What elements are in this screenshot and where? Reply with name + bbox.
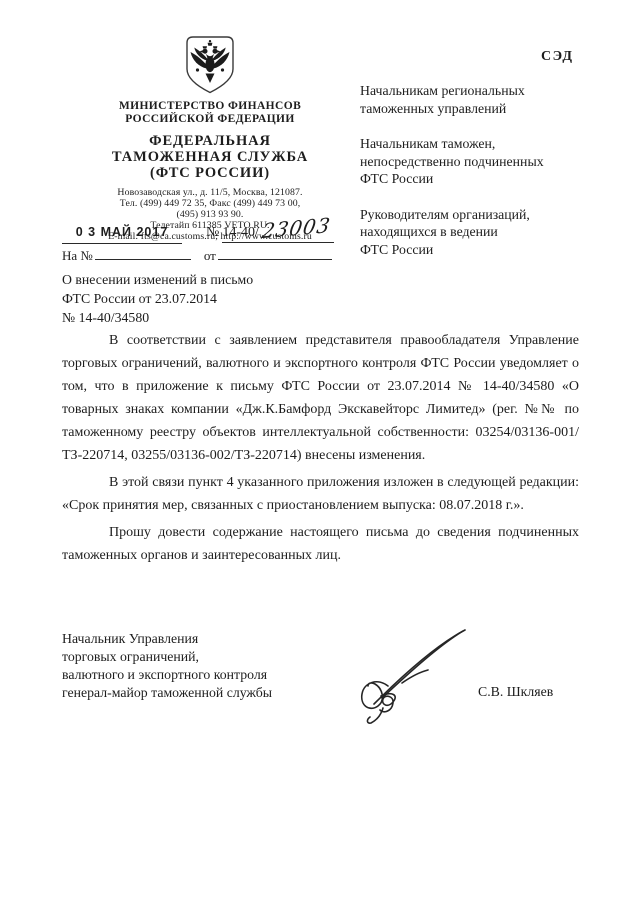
date-number-row: 0 3 МАЙ 2017№14-40/23003 <box>62 222 362 244</box>
addressee-list: Начальникам региональных таможенных упра… <box>360 82 600 276</box>
signer-position-line: торговых ограничений, <box>62 648 362 666</box>
addressee-line: ФТС России <box>360 241 600 259</box>
addressee-line: Начальникам региональных <box>360 82 600 100</box>
ministry-name: МИНИСТЕРСТВО ФИНАНСОВ РОССИЙСКОЙ ФЕДЕРАЦ… <box>62 100 358 126</box>
handwritten-signature <box>348 620 470 725</box>
addressee-block: Начальникам таможен, непосредственно под… <box>360 135 600 188</box>
handwritten-number: 23003 <box>261 218 332 238</box>
incoming-date-blank <box>218 248 332 260</box>
addressee-block: Начальникам региональных таможенных упра… <box>360 82 600 117</box>
subject-line: № 14-40/34580 <box>62 308 312 327</box>
scanned-letter-page: СЭД <box>0 0 640 905</box>
ministry-line: МИНИСТЕРСТВО ФИНАНСОВ <box>62 100 358 113</box>
agency-line: (ФТС РОССИИ) <box>62 165 358 181</box>
letter-body: В соответствии с заявлением представител… <box>62 329 579 571</box>
signer-position-line: генерал-майор таможенной службы <box>62 684 362 702</box>
subject-line: О внесении изменений в письмо <box>62 270 312 289</box>
addressee-line: непосредственно подчиненных <box>360 153 600 171</box>
russia-coat-of-arms-icon <box>186 36 234 94</box>
contact-line: Тел. (499) 449 72 35, Факс (499) 449 73 … <box>62 198 358 209</box>
incoming-reference-row: На №от <box>62 248 332 264</box>
subject-line: ФТС России от 23.07.2014 <box>62 289 312 308</box>
sed-label: СЭД <box>541 49 574 65</box>
agency-line: ФЕДЕРАЛЬНАЯ <box>62 133 358 149</box>
addressee-line: Руководителям организаций, <box>360 206 600 224</box>
addressee-line: таможенных управлений <box>360 100 600 118</box>
addressee-block: Руководителям организаций, находящихся в… <box>360 206 600 259</box>
incoming-label: На № <box>62 248 93 263</box>
agency-name: ФЕДЕРАЛЬНАЯ ТАМОЖЕННАЯ СЛУЖБА (ФТС РОССИ… <box>62 133 358 181</box>
outgoing-number: №14-40/23003 <box>206 225 334 240</box>
addressee-line: находящихся в ведении <box>360 223 600 241</box>
paragraph: В соответствии с заявлением представител… <box>62 329 579 467</box>
signer-position-line: валютного и экспортного контроля <box>62 666 362 684</box>
addressee-line: Начальникам таможен, <box>360 135 600 153</box>
number-prefix: 14-40/ <box>222 225 259 240</box>
paragraph: В этой связи пункт 4 указанного приложен… <box>62 471 579 517</box>
ministry-line: РОССИЙСКОЙ ФЕДЕРАЦИИ <box>62 113 358 126</box>
incoming-number-blank <box>95 248 191 260</box>
signer-position-line: Начальник Управления <box>62 630 362 648</box>
number-sign: № <box>206 225 219 240</box>
signer-name: С.В. Шкляев <box>478 684 553 700</box>
subject-block: О внесении изменений в письмо ФТС России… <box>62 270 312 327</box>
paragraph: Прошу довести содержание настоящего пись… <box>62 521 579 567</box>
addressee-line: ФТС России <box>360 170 600 188</box>
date-stamp: 0 3 МАЙ 2017 <box>62 225 182 244</box>
letterhead: МИНИСТЕРСТВО ФИНАНСОВ РОССИЙСКОЙ ФЕДЕРАЦ… <box>62 36 358 242</box>
contact-line: Новозаводская ул., д. 11/5, Москва, 1210… <box>62 187 358 198</box>
from-label: от <box>204 248 216 263</box>
signer-position: Начальник Управления торговых ограничени… <box>62 630 362 702</box>
agency-line: ТАМОЖЕННАЯ СЛУЖБА <box>62 149 358 165</box>
